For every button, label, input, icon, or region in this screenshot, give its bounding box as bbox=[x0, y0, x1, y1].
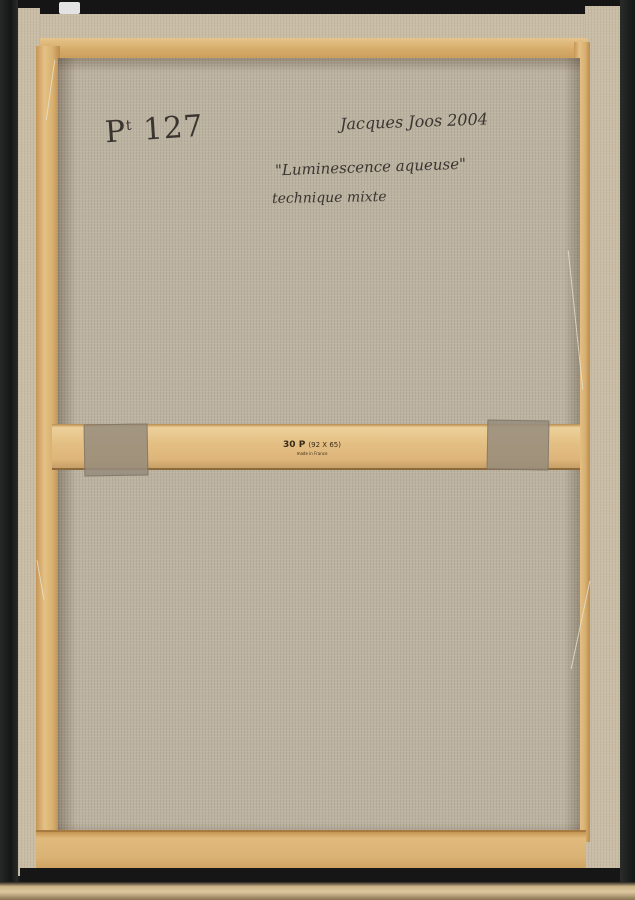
frame-bottom-strip bbox=[0, 882, 635, 900]
tape-right bbox=[487, 419, 550, 470]
stretcher-bar-top bbox=[40, 38, 588, 60]
stamp-dimensions: (92 X 65) bbox=[308, 441, 341, 449]
reference-base: P bbox=[104, 114, 128, 150]
inscription-technique: technique mixte bbox=[272, 189, 387, 207]
inscription-reference: Pt 127 bbox=[104, 109, 205, 151]
canvas-fold-right bbox=[585, 6, 620, 876]
stamp-size: 30 P bbox=[283, 440, 305, 450]
reference-number: 127 bbox=[142, 109, 205, 148]
inventory-sticker bbox=[59, 2, 80, 14]
frame-right-edge bbox=[620, 0, 635, 900]
stretcher-stamp: 30 P (92 X 65) made in France bbox=[272, 440, 352, 456]
reference-sup: t bbox=[125, 118, 133, 134]
stamp-origin: made in France bbox=[272, 451, 352, 456]
stamp-size-line: 30 P (92 X 65) bbox=[272, 440, 352, 450]
frame-left-edge bbox=[0, 0, 18, 900]
tape-left bbox=[84, 423, 149, 476]
